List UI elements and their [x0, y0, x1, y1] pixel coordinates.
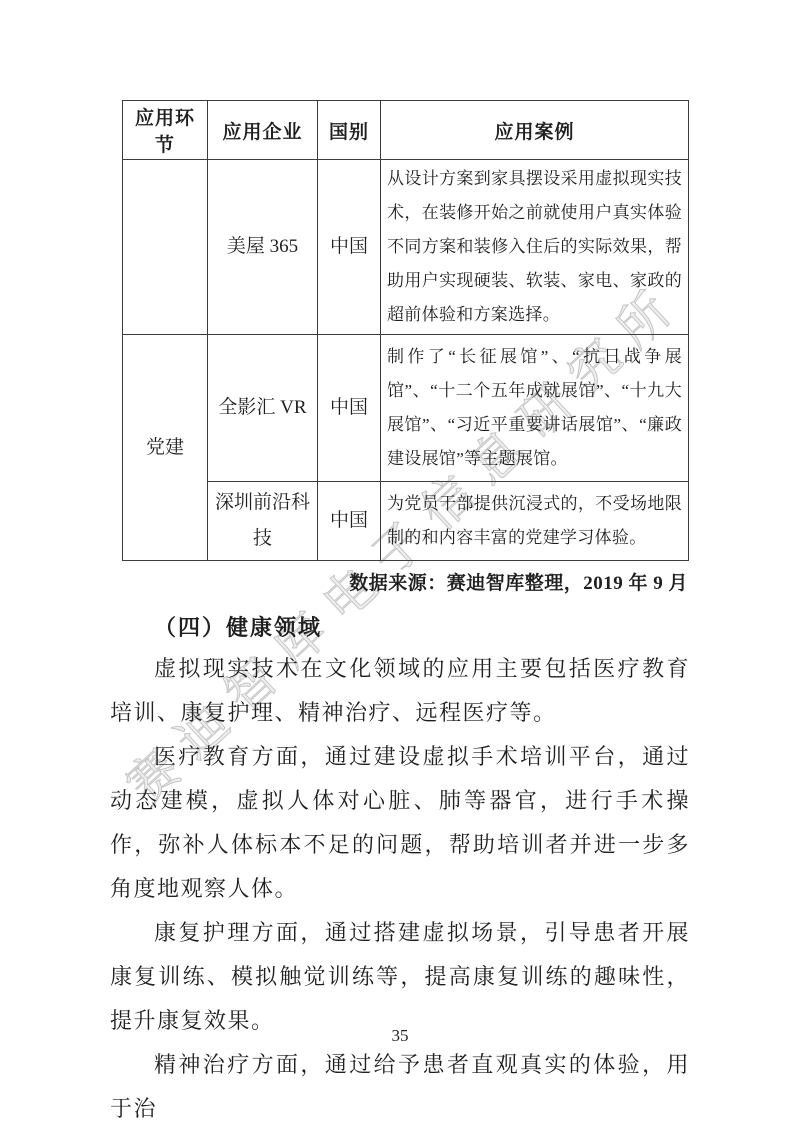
- header-application-company: 应用企业: [208, 101, 318, 160]
- cell-company-meiwu365: 美屋 365: [208, 160, 318, 335]
- table-row-meiwu365: 美屋 365 中国 从设计方案到家具摆设采用虚拟现实技术，在装修开始之前就使用户…: [123, 160, 689, 335]
- cell-link-dangjian: 党建: [123, 335, 208, 561]
- cell-company-quanyinghui: 全影汇 VR: [208, 335, 318, 482]
- header-country: 国别: [318, 101, 381, 160]
- cell-country-shenzhen-qianyan: 中国: [318, 482, 381, 561]
- table-header-row: 应用环节 应用企业 国别 应用案例: [123, 101, 689, 160]
- page-content: 应用环节 应用企业 国别 应用案例 美屋 365 中国 从设计方案到家具摆设采用…: [0, 0, 800, 1131]
- vr-application-table: 应用环节 应用企业 国别 应用案例 美屋 365 中国 从设计方案到家具摆设采用…: [122, 100, 689, 561]
- data-source-note: 数据来源：赛迪智库整理，2019 年 9 月: [122, 572, 688, 596]
- cell-case-shenzhen-qianyan: 为党员干部提供沉浸式的，不受场地限制的和内容丰富的党建学习体验。: [381, 482, 689, 561]
- section-heading-health: （四）健康领域: [110, 613, 690, 643]
- cell-case-quanyinghui: 制作了“长征展馆”、“抗日战争展馆”、“十二个五年成就展馆”、“十九大展馆”、“…: [381, 335, 689, 482]
- cell-company-shenzhen-qianyan: 深圳前沿科技: [208, 482, 318, 561]
- cell-country-quanyinghui: 中国: [318, 335, 381, 482]
- paragraph-overview: 虚拟现实技术在文化领域的应用主要包括医疗教育培训、康复护理、精神治疗、远程医疗等…: [110, 647, 690, 735]
- header-application-link: 应用环节: [123, 101, 208, 160]
- paragraph-medical-education: 医疗教育方面，通过建设虚拟手术培训平台，通过动态建模，虚拟人体对心脏、肺等器官，…: [110, 735, 690, 911]
- table-row-shenzhen-qianyan: 深圳前沿科技 中国 为党员干部提供沉浸式的，不受场地限制的和内容丰富的党建学习体…: [123, 482, 689, 561]
- paragraph-mental-treatment: 精神治疗方面，通过给予患者直观真实的体验，用于治: [110, 1043, 690, 1131]
- cell-case-meiwu365: 从设计方案到家具摆设采用虚拟现实技术，在装修开始之前就使用户真实体验不同方案和装…: [381, 160, 689, 335]
- page-number: 35: [0, 1026, 800, 1046]
- cell-country-meiwu365: 中国: [318, 160, 381, 335]
- paragraph-rehabilitation: 康复护理方面，通过搭建虚拟场景，引导患者开展康复训练、模拟触觉训练等，提高康复训…: [110, 911, 690, 1043]
- cell-link-empty: [123, 160, 208, 335]
- header-application-case: 应用案例: [381, 101, 689, 160]
- document-page: 赛迪智库电子信息研究所 应用环节 应用企业 国别 应用案例 美屋 365 中国: [0, 0, 800, 1132]
- table-row-quanyinghui: 党建 全影汇 VR 中国 制作了“长征展馆”、“抗日战争展馆”、“十二个五年成就…: [123, 335, 689, 482]
